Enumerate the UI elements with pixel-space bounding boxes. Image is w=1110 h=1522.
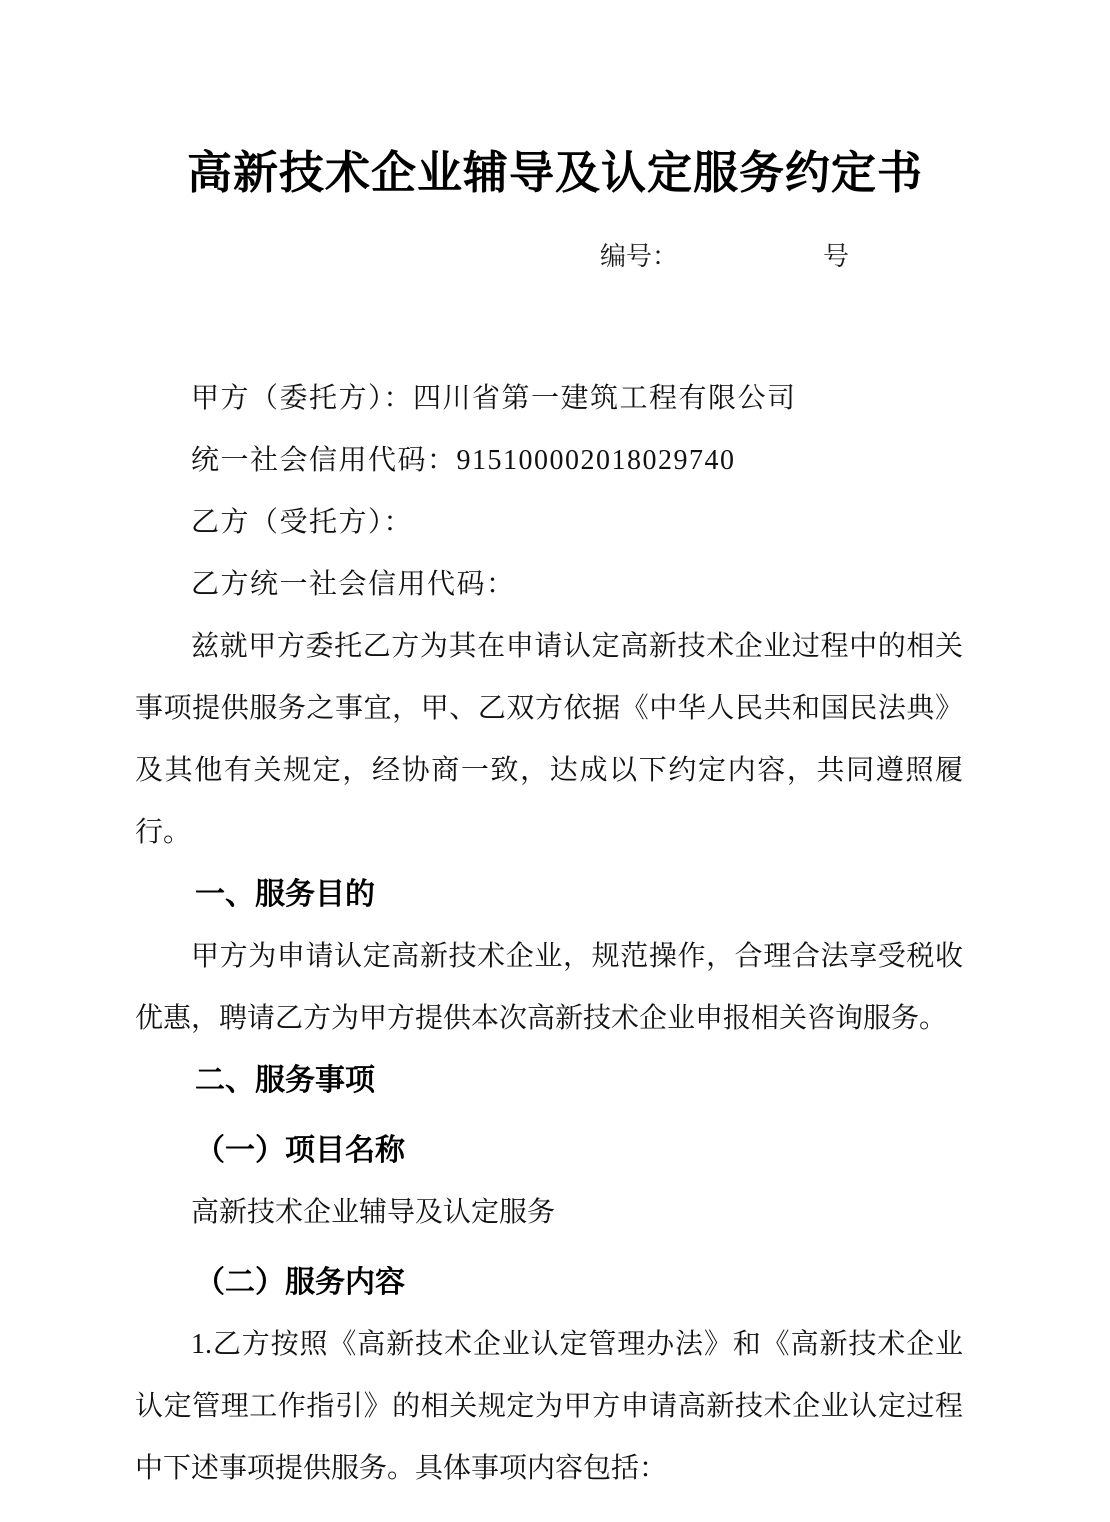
serial-number-line: 编号：号 — [600, 236, 1110, 278]
document-body: 甲方（委托方）：四川省第一建筑工程有限公司 统一社会信用代码：915100002… — [135, 368, 963, 1500]
party-b-credit-code-line: 乙方统一社会信用代码： — [135, 554, 963, 616]
party-b-line: 乙方（受托方）： — [135, 492, 963, 554]
section-1-paragraph: 甲方为申请认定高新技术企业，规范操作，合理合法享受税收优惠，聘请乙方为甲方提供本… — [135, 926, 963, 1050]
contract-document-page: 高新技术企业辅导及认定服务约定书 编号：号 甲方（委托方）：四川省第一建筑工程有… — [0, 0, 1110, 1522]
serial-suffix: 号 — [823, 242, 849, 271]
preamble-paragraph: 兹就甲方委托乙方为其在申请认定高新技术企业过程中的相关事项提供服务之事宜，甲、乙… — [135, 616, 963, 864]
serial-label: 编号： — [600, 242, 678, 271]
project-name-paragraph: 高新技术企业辅导及认定服务 — [135, 1182, 963, 1244]
serial-blank-space — [678, 264, 823, 265]
section-2-sub-1-heading: （一）项目名称 — [135, 1120, 963, 1182]
service-content-item-1: 1.乙方按照《高新技术企业认定管理办法》和《高新技术企业认定管理工作指引》的相关… — [135, 1314, 963, 1500]
section-2-heading: 二、服务事项 — [135, 1050, 963, 1112]
party-a-credit-code-line: 统一社会信用代码：915100002018029740 — [135, 430, 963, 492]
party-a-line: 甲方（委托方）：四川省第一建筑工程有限公司 — [135, 368, 963, 430]
section-1-heading: 一、服务目的 — [135, 864, 963, 926]
section-2-sub-2-heading: （二）服务内容 — [135, 1252, 963, 1314]
document-title: 高新技术企业辅导及认定服务约定书 — [0, 142, 1110, 204]
